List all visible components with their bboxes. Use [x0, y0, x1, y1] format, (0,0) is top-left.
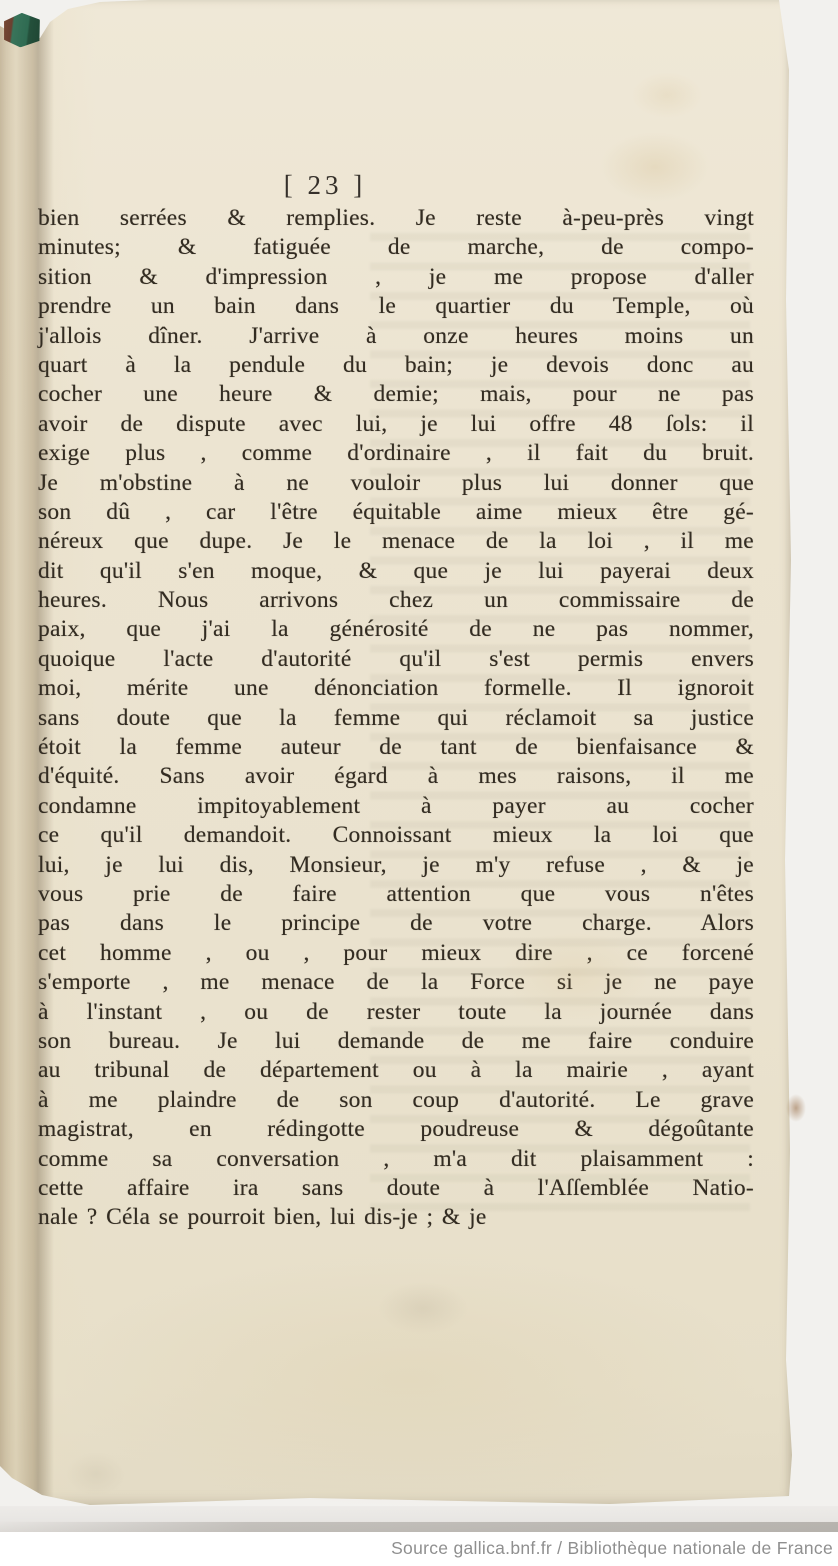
text-line: à me plaindre de son coup d'autorité. Le… — [38, 1086, 754, 1115]
text-line: étoit la femme auteur de tant de bienfai… — [38, 733, 754, 762]
scanned-page-view: [ 23 ] bien serrées & remplies. Je reste… — [0, 0, 838, 1566]
text-line: cocher une heure & demie; mais, pour ne … — [38, 380, 754, 409]
text-line: j'allois dîner. J'arrive à onze heures m… — [38, 322, 754, 351]
text-line: quoique l'acte d'autorité qu'il s'est pe… — [38, 645, 754, 674]
text-line: son dû , car l'être équitable aime mieux… — [38, 498, 754, 527]
text-line: exige plus , comme d'ordinaire , il fait… — [38, 439, 754, 468]
text-line: vous prie de faire attention que vous n'… — [38, 880, 754, 909]
scan-edge-shadow — [0, 1506, 838, 1532]
source-credit: Source gallica.bnf.fr / Bibliothèque nat… — [391, 1538, 833, 1558]
text-line: au tribunal de département ou à la mairi… — [38, 1056, 754, 1085]
text-line: heures. Nous arrivons chez un commissair… — [38, 586, 754, 615]
text-line: bien serrées & remplies. Je reste à-peu-… — [38, 204, 754, 233]
text-line: avoir de dispute avec lui, je lui offre … — [38, 410, 754, 439]
text-line: à l'instant , ou de rester toute la jour… — [38, 998, 754, 1027]
text-line: cet homme , ou , pour mieux dire , ce fo… — [38, 939, 754, 968]
text-line: s'emporte , me menace de la Force si je … — [38, 968, 754, 997]
text-line: moi, mérite une dénonciation formelle. I… — [38, 674, 754, 703]
text-line: nale ? Céla se pourroit bien, lui dis-je… — [38, 1203, 754, 1232]
text-line: ce qu'il demandoit. Connoissant mieux la… — [38, 821, 754, 850]
text-line: lui, je lui dis, Monsieur, je m'y refuse… — [38, 851, 754, 880]
text-line: prendre un bain dans le quartier du Temp… — [38, 292, 754, 321]
text-line: paix, que j'ai la générosité de ne pas n… — [38, 615, 754, 644]
text-line: cette affaire ira sans doute à l'Aſſembl… — [38, 1174, 754, 1203]
text-line: sition & d'impression , je me propose d'… — [38, 263, 754, 292]
page-text: bien serrées & remplies. Je reste à-peu-… — [38, 204, 754, 1233]
text-line: d'équité. Sans avoir égard à mes raisons… — [38, 762, 754, 791]
text-line: quart à la pendule du bain; je devois do… — [38, 351, 754, 380]
text-line: magistrat, en rédingotte poudreuse & dég… — [38, 1115, 754, 1144]
text-line: pas dans le principe de votre charge. Al… — [38, 909, 754, 938]
text-line: condamne impitoyablement à payer au coch… — [38, 792, 754, 821]
text-line: minutes; & fatiguée de marche, de compo- — [38, 233, 754, 262]
text-line: son bureau. Je lui demande de me faire c… — [38, 1027, 754, 1056]
page-number: [ 23 ] — [250, 170, 400, 201]
gallica-footer: Source gallica.bnf.fr / Bibliothèque nat… — [0, 1532, 838, 1566]
text-line: comme sa conversation , m'a dit plaisamm… — [38, 1145, 754, 1174]
text-line: Je m'obstine à ne vouloir plus lui donne… — [38, 469, 754, 498]
text-line: néreux que dupe. Je le menace de la loi … — [38, 527, 754, 556]
text-line: dit qu'il s'en moque, & que je lui payer… — [38, 557, 754, 586]
text-line: sans doute que la femme qui réclamoit sa… — [38, 704, 754, 733]
